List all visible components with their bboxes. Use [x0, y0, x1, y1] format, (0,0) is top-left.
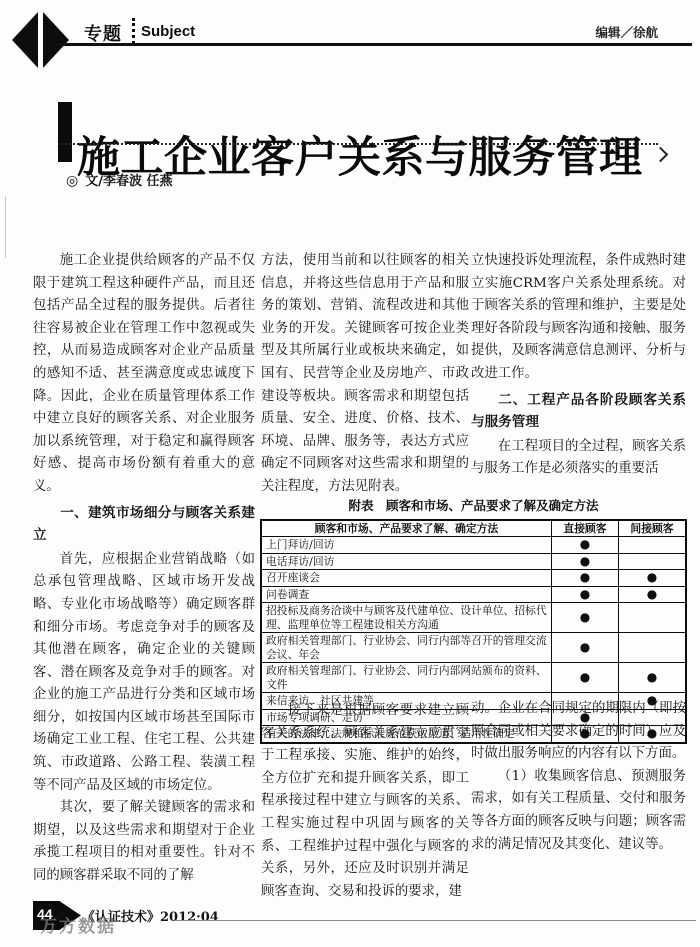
title-accent-bar [58, 102, 72, 162]
dot-cell: ● [552, 603, 619, 633]
table-row: 上门拜访/回访● [261, 537, 686, 554]
magazine-page: 专题 Subject 编辑／徐航 施工企业客户关系与服务管理 ◎文/李春波 任燕… [0, 0, 700, 947]
paragraph: 在工程项目的全过程，顾客关系与服务工作是必须落实的重要活 [471, 436, 686, 481]
column-header-method: 顾客和市场、产品要求了解、确定方法 [261, 520, 552, 537]
method-cell: 问卷调查 [261, 586, 552, 603]
dot-cell: ● [619, 663, 687, 693]
column-2-bottom: 接下来是根据顾客要求建立顾客关系系统。顾客关系建立应贯穿于工程承接、实施、维护的… [261, 700, 469, 903]
dot-cell [619, 553, 687, 570]
method-cell: 上门拜访/回访 [261, 537, 552, 554]
column-3-top: 立快速投诉处理流程，条件成熟时建立实施CRM客户关系处理系统。对于顾客关系的管理… [471, 250, 686, 481]
right-triangle-icon [43, 12, 69, 68]
byline: ◎文/李春波 任燕 [66, 170, 173, 189]
dot-cell [619, 603, 687, 633]
diamond-logo-icon [12, 12, 74, 68]
method-cell: 招投标及商务洽谈中与顾客及代建单位、设计单位、招标代理、监理单位等工程建设相关方… [261, 603, 552, 633]
dot-cell: ● [552, 570, 619, 587]
dot-cell: ● [552, 586, 619, 603]
column-2-top: 方法，使用当前和以往顾客的相关信息，并将这些信息用于产品和服务的策划、营销、流程… [261, 250, 469, 499]
method-cell: 召开座谈会 [261, 570, 552, 587]
dot-cell [619, 633, 687, 663]
dot-cell: ● [552, 553, 619, 570]
method-cell: 政府相关管理部门、行业协会、同行内部等召开的管理交流会议、年会 [261, 633, 552, 663]
table-row: 政府相关管理部门、行业协会、同行内部等召开的管理交流会议、年会● [261, 633, 686, 663]
table-header-row: 顾客和市场、产品要求了解、确定方法 直接顾客 间接顾客 [261, 520, 686, 537]
column-header-indirect: 间接顾客 [619, 520, 687, 537]
dot-cell: ● [552, 537, 619, 554]
paragraph: 动。企业在合同规定的期限内（即按照合同或相关要求确定的时间）应及时做出服务响应的… [471, 698, 686, 766]
method-cell: 政府相关管理部门、行业协会、同行内部网站颁布的资料、文件 [261, 663, 552, 693]
section-heading-1: 一、建筑市场细分与顾客关系建立 [33, 502, 255, 547]
table-row: 政府相关管理部门、行业协会、同行内部网站颁布的资料、文件●● [261, 663, 686, 693]
watermark: 万方数据 [40, 912, 116, 937]
paragraph: 接下来是根据顾客要求建立顾客关系系统。顾客关系建立应贯穿于工程承接、实施、维护的… [261, 700, 469, 903]
dot-cell: ● [619, 586, 687, 603]
left-triangle-icon [12, 12, 38, 68]
dot-cell [619, 537, 687, 554]
column-3-bottom: 动。企业在合同规定的期限内（即按照合同或相关要求确定的时间）应及时做出服务响应的… [471, 698, 686, 856]
paragraph: （1）收集顾客信息、预测服务需求，如有关工程质量、交付和服务等各方面的顾客反映与… [471, 766, 686, 856]
table-caption: 附表 顾客和市场、产品要求了解及确定方法 [260, 496, 687, 514]
dot-cell: ● [619, 570, 687, 587]
table-row: 召开座谈会●● [261, 570, 686, 587]
table-row: 招投标及商务洽谈中与顾客及代建单位、设计单位、招标代理、监理单位等工程建设相关方… [261, 603, 686, 633]
paragraph: 方法，使用当前和以往顾客的相关信息，并将这些信息用于产品和服务的策划、营销、流程… [261, 250, 469, 499]
editor-credit: 编辑／徐航 [595, 23, 658, 41]
table-row: 电话拜访/回访● [261, 553, 686, 570]
topic-divider [132, 18, 135, 44]
paragraph: 立快速投诉处理流程，条件成熟时建立实施CRM客户关系处理系统。对于顾客关系的管理… [471, 250, 686, 386]
dotted-underline [58, 143, 658, 145]
header-rule [56, 43, 692, 46]
paragraph: 首先，应根据企业营销战略（如总承包管理战略、区域市场开发战略、专业化市场战略等）… [33, 549, 255, 798]
table-row: 问卷调查●● [261, 586, 686, 603]
paragraph: 施工企业提供给顾客的产品不仅限于建筑工程这种硬件产品，而且还包括产品全过程的服务… [33, 250, 255, 499]
scan-artifact-line [5, 196, 6, 258]
footer-rule [176, 920, 696, 921]
topic-label-en: Subject [141, 23, 195, 40]
column-header-direct: 直接顾客 [552, 520, 619, 537]
byline-text: 文/李春波 任燕 [85, 174, 172, 189]
column-1: 施工企业提供给顾客的产品不仅限于建筑工程这种硬件产品，而且还包括产品全过程的服务… [33, 250, 255, 888]
section-heading-2: 二、工程产品各阶段顾客关系与服务管理 [471, 389, 686, 434]
paragraph: 其次，要了解关键顾客的需求和期望，以及这些需求和期望对于企业承揽工程项目的相对重… [33, 797, 255, 887]
byline-bullet-icon: ◎ [66, 173, 78, 189]
dot-cell: ● [552, 633, 619, 663]
dot-cell: ● [552, 663, 619, 693]
method-cell: 电话拜访/回访 [261, 553, 552, 570]
